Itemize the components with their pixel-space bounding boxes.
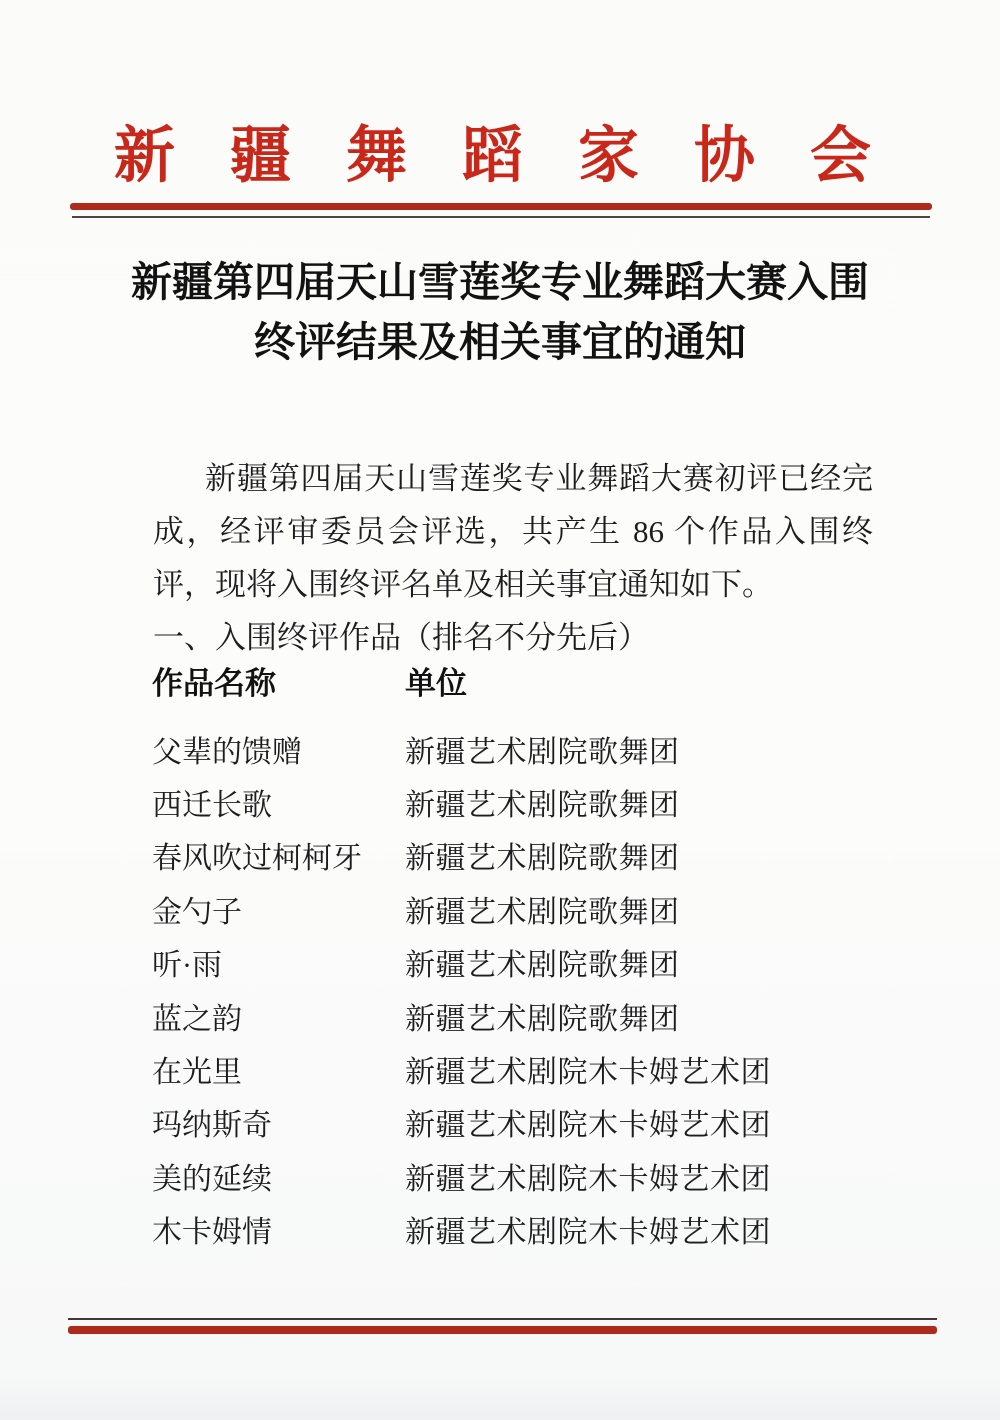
- unit-cell: 新疆艺术剧院歌舞团: [405, 780, 892, 824]
- work-title-cell: 西迁长歌: [152, 780, 405, 824]
- work-title-cell: 在光里: [152, 1047, 405, 1091]
- table-row: 美的延续新疆艺术剧院木卡姆艺术团: [152, 1149, 892, 1202]
- footer-rule-thin: [68, 1318, 937, 1320]
- work-title-cell: 木卡姆情: [152, 1207, 405, 1251]
- table-row: 在光里新疆艺术剧院木卡姆艺术团: [152, 1042, 892, 1095]
- section-heading: 一、入围终评作品（排名不分先后）: [153, 621, 649, 655]
- work-title-cell: 春风吹过柯柯牙: [152, 833, 405, 877]
- work-title-cell: 父辈的馈赠: [152, 727, 405, 771]
- work-title-cell: 美的延续: [152, 1154, 405, 1198]
- work-title-cell: 玛纳斯奇: [152, 1100, 405, 1144]
- unit-cell: 新疆艺术剧院歌舞团: [405, 727, 892, 771]
- header-rule-thick: [70, 203, 932, 210]
- table-row: 金勺子新疆艺术剧院歌舞团: [152, 882, 892, 935]
- notice-document: 新疆舞蹈家协会 新疆第四届天山雪莲奖专业舞蹈大赛入围 终评结果及相关事宜的通知 …: [0, 0, 1000, 1420]
- work-title-cell: 金勺子: [152, 887, 405, 931]
- unit-cell: 新疆艺术剧院歌舞团: [405, 994, 892, 1038]
- table-row: 父辈的馈赠新疆艺术剧院歌舞团: [152, 722, 892, 775]
- work-title-cell: 听·雨: [152, 940, 405, 984]
- column-header-work-title: 作品名称: [152, 667, 405, 701]
- column-header-unit: 单位: [405, 667, 872, 701]
- table-row: 蓝之韵新疆艺术剧院歌舞团: [152, 989, 892, 1042]
- work-title-cell: 蓝之韵: [152, 994, 405, 1038]
- table-header: 作品名称 单位: [152, 667, 872, 701]
- unit-cell: 新疆艺术剧院木卡姆艺术团: [405, 1207, 892, 1251]
- notice-title: 新疆第四届天山雪莲奖专业舞蹈大赛入围 终评结果及相关事宜的通知: [0, 252, 1000, 372]
- unit-cell: 新疆艺术剧院木卡姆艺术团: [405, 1154, 892, 1198]
- unit-cell: 新疆艺术剧院歌舞团: [405, 940, 892, 984]
- table-row: 春风吹过柯柯牙新疆艺术剧院歌舞团: [152, 829, 892, 882]
- footer-rule-thick: [68, 1326, 937, 1334]
- org-title: 新疆舞蹈家协会: [114, 126, 926, 187]
- table-row: 听·雨新疆艺术剧院歌舞团: [152, 936, 892, 989]
- notice-body-paragraph: 新疆第四届天山雪莲奖专业舞蹈大赛初评已经完成，经评审委员会评选，共产生 86 个…: [153, 452, 873, 611]
- header-rule-thin: [72, 216, 930, 218]
- unit-cell: 新疆艺术剧院木卡姆艺术团: [405, 1100, 892, 1144]
- table-row: 木卡姆情新疆艺术剧院木卡姆艺术团: [152, 1203, 892, 1256]
- table-row: 西迁长歌新疆艺术剧院歌舞团: [152, 775, 892, 828]
- unit-cell: 新疆艺术剧院歌舞团: [405, 833, 892, 877]
- works-table: 父辈的馈赠新疆艺术剧院歌舞团西迁长歌新疆艺术剧院歌舞团春风吹过柯柯牙新疆艺术剧院…: [152, 722, 892, 1256]
- table-row: 玛纳斯奇新疆艺术剧院木卡姆艺术团: [152, 1096, 892, 1149]
- notice-title-line2: 终评结果及相关事宜的通知: [0, 312, 1000, 372]
- unit-cell: 新疆艺术剧院歌舞团: [405, 887, 892, 931]
- unit-cell: 新疆艺术剧院木卡姆艺术团: [405, 1047, 892, 1091]
- notice-title-line1: 新疆第四届天山雪莲奖专业舞蹈大赛入围: [0, 252, 1000, 312]
